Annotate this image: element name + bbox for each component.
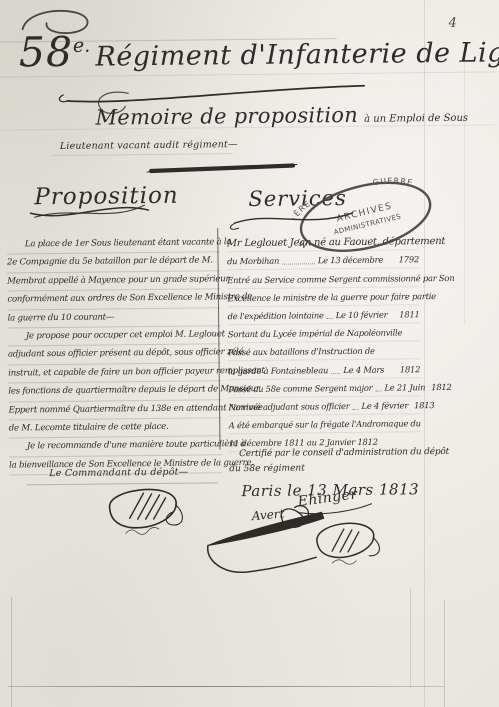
closing-role-line: Le Commandant du dépôt— [49,467,188,479]
signature-avert: Avert [251,507,285,524]
dotted-leader [327,318,333,319]
proposition-line: Je propose pour occuper cet emploi M. Le… [8,326,221,347]
proposition-line: de M. Lecomte titulaire de cette place. [9,418,222,439]
service-row: Nommé adjudant sous officierLe 4 février… [228,396,420,416]
service-row: Passé au 58e comme Sergent majorLe 21 Ju… [228,378,420,398]
signature-commandant-strokes [129,493,165,519]
title-underline-flourish [67,86,364,102]
service-row: la garde à FontainebleauLe 4 Mars1812 [228,360,420,380]
title-regiment-name: Régiment d'Infanterie de Ligne [95,37,499,73]
service-row: de l'expédition lointaineLe 10 février18… [228,305,420,325]
signature-right-rank-squiggle [332,560,356,565]
page-title: 58e. Régiment d'Infanterie de Ligne [19,24,449,77]
service-row: Excellence le ministre de la guerre pour… [227,287,419,307]
proposition-line: La place de 1er Sous lieutenant étant va… [7,234,220,255]
proposition-line: Je le recommande d'une manière toute par… [9,437,222,458]
signature-commandant-rank-squiggle [126,527,159,534]
proposition-column: La place de 1er Sous lieutenant étant va… [7,234,222,475]
guide-line [53,153,233,156]
services-underline-hook [230,223,238,229]
proposition-line: 2e Compagnie du 5e bataillon par le dépa… [7,253,220,274]
certification-line2: du 58e régiment [229,463,305,474]
sheet-edge-bottom [8,686,444,687]
closing-underline [26,482,218,485]
page-number: 4 [448,16,456,31]
fold-crease [424,0,425,707]
title-ordinal-suffix: e. [73,35,91,57]
subtitle-heavy-rule [151,166,293,171]
svg-text:GUERRE: GUERRE [371,169,416,197]
dotted-leader [353,409,359,410]
proposition-line: Membrat appellé à Mayence pour un grade … [7,271,220,292]
signature-right-oval [317,523,374,558]
dotted-leader [331,373,340,374]
proposition-heading: Proposition [34,183,179,211]
title-underline-hook [59,95,67,102]
signature-right-curl [369,538,380,556]
subtitle-heavy-rule-taper [147,164,297,172]
stamp-arc-right-text: GUERRE [371,169,416,197]
service-row: Entré au Service comme Sergent commissio… [227,269,419,289]
manuscript-page: 4 58e. Régiment d'Infanterie de Ligne Me… [0,0,499,707]
subtitle-line2: Lieutenant vacant audit régiment— [60,139,238,152]
proposition-line: instruit, et capable de faire un bon off… [8,363,221,384]
dotted-leader [375,390,381,391]
service-row: Passé aux bataillons d'Instruction de [228,341,420,361]
subtitle-tail: à un Emploi de Sous [364,113,468,125]
sheet-edge-right-inner [410,588,411,687]
certification-line1: Certifié par le conseil d'administration… [239,447,449,459]
service-row: A été embarqué sur la frégate l'Andromaq… [229,414,421,434]
signature-right-strokes [332,529,359,552]
signature-grand-flourish-tail [208,544,317,572]
proposition-line: conformément aux ordres de Son Excellenc… [7,289,220,310]
archives-stamp: MINISTÈRE GUERRE ARCHIVES ADMINISTRATIVE… [288,163,444,270]
fold-crease [464,55,465,325]
signature-commandant-curl [166,505,182,525]
service-row: Sortant du Lycée impérial de Napoléonvil… [228,323,420,343]
signature-commandant-oval [109,489,176,528]
title-regiment-number: 58 [19,28,74,77]
proposition-line: la guerre du 10 courant— [8,308,221,329]
proposition-line: les fonctions de quartiermaître depuis l… [8,381,221,402]
sheet-edge-right-outer [444,600,445,707]
sheet-edge-left [11,597,12,707]
proposition-line: Eppert nommé Quartiermaître du 138e en a… [8,400,221,421]
proposition-line: adjudant sous officier présent au dépôt,… [8,345,221,366]
